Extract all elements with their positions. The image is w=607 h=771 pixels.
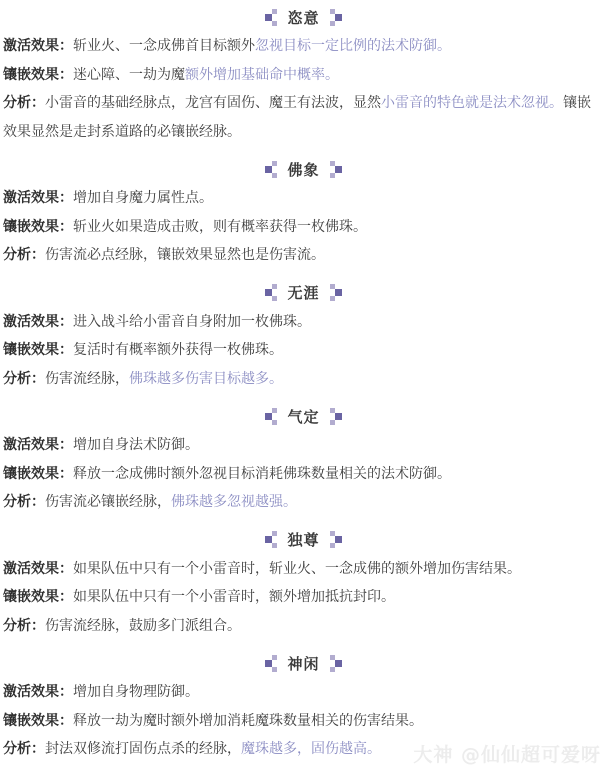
plain-text: 斩业火、一念成佛首目标额外 <box>73 38 255 54</box>
plain-text: 小雷音的基础经脉点，龙宫有固伤、魔王有法波，显然 <box>45 95 381 111</box>
section-title: 气定 <box>287 406 319 427</box>
plain-text: 如果队伍中只有一个小雷音时，额外增加抵抗封印。 <box>73 589 395 605</box>
inlay-row: 镶嵌效果：释放一念成佛时额外忽视目标消耗佛珠数量相关的法术防御。 <box>3 460 604 489</box>
section-header: 无涯 <box>3 278 604 308</box>
inlay-text: 如果队伍中只有一个小雷音时，额外增加抵抗封印。 <box>73 589 395 605</box>
inlay-label: 镶嵌效果： <box>3 342 73 358</box>
analysis-text: 伤害流经脉，佛珠越多伤害目标越多。 <box>45 371 283 387</box>
header-ornament-right-icon <box>329 407 343 426</box>
inlay-row: 镶嵌效果：斩业火如果造成击败，则有概率获得一枚佛珠。 <box>3 213 604 242</box>
section-header: 佛象 <box>3 154 604 184</box>
highlighted-text: 佛珠越多伤害目标越多。 <box>129 371 283 387</box>
analysis-label: 分析： <box>3 494 45 510</box>
activate-row: 激活效果：增加自身法术防御。 <box>3 431 604 460</box>
analysis-text: 小雷音的基础经脉点，龙宫有固伤、魔王有法波，显然小雷音的特色就是法术忽视。镶嵌效… <box>3 95 591 140</box>
section-title: 恣意 <box>287 7 319 28</box>
activate-text: 增加自身物理防御。 <box>73 684 199 700</box>
plain-text: 迷心障、一劫为魔 <box>73 67 185 83</box>
section-header: 独尊 <box>3 525 604 555</box>
inlay-text: 释放一念成佛时额外忽视目标消耗佛珠数量相关的法术防御。 <box>73 466 451 482</box>
plain-text: 增加自身法术防御。 <box>73 437 199 453</box>
activate-row: 激活效果：进入战斗给小雷音自身附加一枚佛珠。 <box>3 308 604 337</box>
skill-section: 恣意 激活效果：斩业火、一念成佛首目标额外忽视目标一定比例的法术防御。 镶嵌效果… <box>3 2 604 146</box>
inlay-row: 镶嵌效果：释放一劫为魔时额外增加消耗魔珠数量相关的伤害结果。 <box>3 707 604 736</box>
header-ornament-right-icon <box>329 530 343 549</box>
activate-label: 激活效果： <box>3 561 73 577</box>
plain-text: 伤害流必镶嵌经脉， <box>45 494 171 510</box>
section-title: 独尊 <box>287 529 319 550</box>
activate-label: 激活效果： <box>3 684 73 700</box>
plain-text: 复活时有概率额外获得一枚佛珠。 <box>73 342 283 358</box>
plain-text: 如果队伍中只有一个小雷音时，斩业火、一念成佛的额外增加伤害结果。 <box>73 561 521 577</box>
plain-text: 释放一劫为魔时额外增加消耗魔珠数量相关的伤害结果。 <box>73 713 423 729</box>
analysis-text: 伤害流经脉，鼓励多门派组合。 <box>45 618 241 634</box>
highlighted-text: 小雷音的特色就是法术忽视。 <box>381 95 563 111</box>
inlay-text: 释放一劫为魔时额外增加消耗魔珠数量相关的伤害结果。 <box>73 713 423 729</box>
activate-row: 激活效果：增加自身魔力属性点。 <box>3 184 604 213</box>
activate-text: 进入战斗给小雷音自身附加一枚佛珠。 <box>73 314 311 330</box>
skill-section: 独尊 激活效果：如果队伍中只有一个小雷音时，斩业火、一念成佛的额外增加伤害结果。… <box>3 525 604 641</box>
inlay-text: 复活时有概率额外获得一枚佛珠。 <box>73 342 283 358</box>
highlighted-text: 佛珠越多忽视越强。 <box>171 494 297 510</box>
analysis-label: 分析： <box>3 371 45 387</box>
analysis-text: 伤害流必点经脉，镶嵌效果显然也是伤害流。 <box>45 247 325 263</box>
inlay-row: 镶嵌效果：复活时有概率额外获得一枚佛珠。 <box>3 336 604 365</box>
header-ornament-right-icon <box>329 160 343 179</box>
header-ornament-left-icon <box>264 530 278 549</box>
section-title: 佛象 <box>287 159 319 180</box>
watermark: 大神 @仙仙超可爱呀 <box>413 740 601 767</box>
activate-row: 激活效果：如果队伍中只有一个小雷音时，斩业火、一念成佛的额外增加伤害结果。 <box>3 555 604 584</box>
skill-section: 佛象 激活效果：增加自身魔力属性点。 镶嵌效果：斩业火如果造成击败，则有概率获得… <box>3 154 604 270</box>
analysis-row: 分析：伤害流经脉，佛珠越多伤害目标越多。 <box>3 365 604 394</box>
plain-text: 封法双修流打固伤点杀的经脉， <box>45 741 241 757</box>
highlighted-text: 额外增加基础命中概率。 <box>185 67 339 83</box>
plain-text: 伤害流必点经脉，镶嵌效果显然也是伤害流。 <box>45 247 325 263</box>
plain-text: 增加自身魔力属性点。 <box>73 190 213 206</box>
section-header: 恣意 <box>3 2 604 32</box>
skill-section: 无涯 激活效果：进入战斗给小雷音自身附加一枚佛珠。 镶嵌效果：复活时有概率额外获… <box>3 278 604 394</box>
highlighted-text: 魔珠越多，固伤越高。 <box>241 741 381 757</box>
header-ornament-right-icon <box>329 654 343 673</box>
analysis-text: 伤害流必镶嵌经脉，佛珠越多忽视越强。 <box>45 494 297 510</box>
analysis-row: 分析：小雷音的基础经脉点，龙宫有固伤、魔王有法波，显然小雷音的特色就是法术忽视。… <box>3 89 604 146</box>
analysis-row: 分析：伤害流经脉，鼓励多门派组合。 <box>3 612 604 641</box>
inlay-row: 镶嵌效果：迷心障、一劫为魔额外增加基础命中概率。 <box>3 61 604 90</box>
section-title: 神闲 <box>287 653 319 674</box>
analysis-text: 封法双修流打固伤点杀的经脉，魔珠越多，固伤越高。 <box>45 741 381 757</box>
analysis-row: 分析：伤害流必点经脉，镶嵌效果显然也是伤害流。 <box>3 241 604 270</box>
activate-label: 激活效果： <box>3 190 73 206</box>
header-ornament-left-icon <box>264 283 278 302</box>
plain-text: 进入战斗给小雷音自身附加一枚佛珠。 <box>73 314 311 330</box>
inlay-label: 镶嵌效果： <box>3 219 73 235</box>
highlighted-text: 忽视目标一定比例的法术防御。 <box>255 38 451 54</box>
plain-text: 伤害流经脉， <box>45 371 129 387</box>
analysis-label: 分析： <box>3 247 45 263</box>
header-ornament-left-icon <box>264 407 278 426</box>
activate-row: 激活效果：斩业火、一念成佛首目标额外忽视目标一定比例的法术防御。 <box>3 32 604 61</box>
inlay-label: 镶嵌效果： <box>3 466 73 482</box>
inlay-text: 迷心障、一劫为魔额外增加基础命中概率。 <box>73 67 339 83</box>
activate-label: 激活效果： <box>3 38 73 54</box>
inlay-label: 镶嵌效果： <box>3 67 73 83</box>
activate-label: 激活效果： <box>3 437 73 453</box>
inlay-row: 镶嵌效果：如果队伍中只有一个小雷音时，额外增加抵抗封印。 <box>3 583 604 612</box>
plain-text: 增加自身物理防御。 <box>73 684 199 700</box>
header-ornament-left-icon <box>264 8 278 27</box>
plain-text: 释放一念成佛时额外忽视目标消耗佛珠数量相关的法术防御。 <box>73 466 451 482</box>
inlay-label: 镶嵌效果： <box>3 713 73 729</box>
header-ornament-left-icon <box>264 160 278 179</box>
activate-label: 激活效果： <box>3 314 73 330</box>
section-header: 气定 <box>3 401 604 431</box>
inlay-label: 镶嵌效果： <box>3 589 73 605</box>
header-ornament-right-icon <box>329 283 343 302</box>
section-title: 无涯 <box>287 282 319 303</box>
analysis-label: 分析： <box>3 95 45 111</box>
header-ornament-left-icon <box>264 654 278 673</box>
header-ornament-right-icon <box>329 8 343 27</box>
sections-container: 恣意 激活效果：斩业火、一念成佛首目标额外忽视目标一定比例的法术防御。 镶嵌效果… <box>3 2 604 764</box>
plain-text: 斩业火如果造成击败，则有概率获得一枚佛珠。 <box>73 219 367 235</box>
analysis-label: 分析： <box>3 618 45 634</box>
skill-section: 气定 激活效果：增加自身法术防御。 镶嵌效果：释放一念成佛时额外忽视目标消耗佛珠… <box>3 401 604 517</box>
inlay-text: 斩业火如果造成击败，则有概率获得一枚佛珠。 <box>73 219 367 235</box>
activate-text: 斩业火、一念成佛首目标额外忽视目标一定比例的法术防御。 <box>73 38 451 54</box>
activate-text: 增加自身法术防御。 <box>73 437 199 453</box>
skill-guide-document: 恣意 激活效果：斩业火、一念成佛首目标额外忽视目标一定比例的法术防御。 镶嵌效果… <box>0 0 607 764</box>
plain-text: 伤害流经脉，鼓励多门派组合。 <box>45 618 241 634</box>
activate-text: 如果队伍中只有一个小雷音时，斩业火、一念成佛的额外增加伤害结果。 <box>73 561 521 577</box>
activate-row: 激活效果：增加自身物理防御。 <box>3 678 604 707</box>
analysis-label: 分析： <box>3 741 45 757</box>
analysis-row: 分析：伤害流必镶嵌经脉，佛珠越多忽视越强。 <box>3 488 604 517</box>
activate-text: 增加自身魔力属性点。 <box>73 190 213 206</box>
section-header: 神闲 <box>3 648 604 678</box>
